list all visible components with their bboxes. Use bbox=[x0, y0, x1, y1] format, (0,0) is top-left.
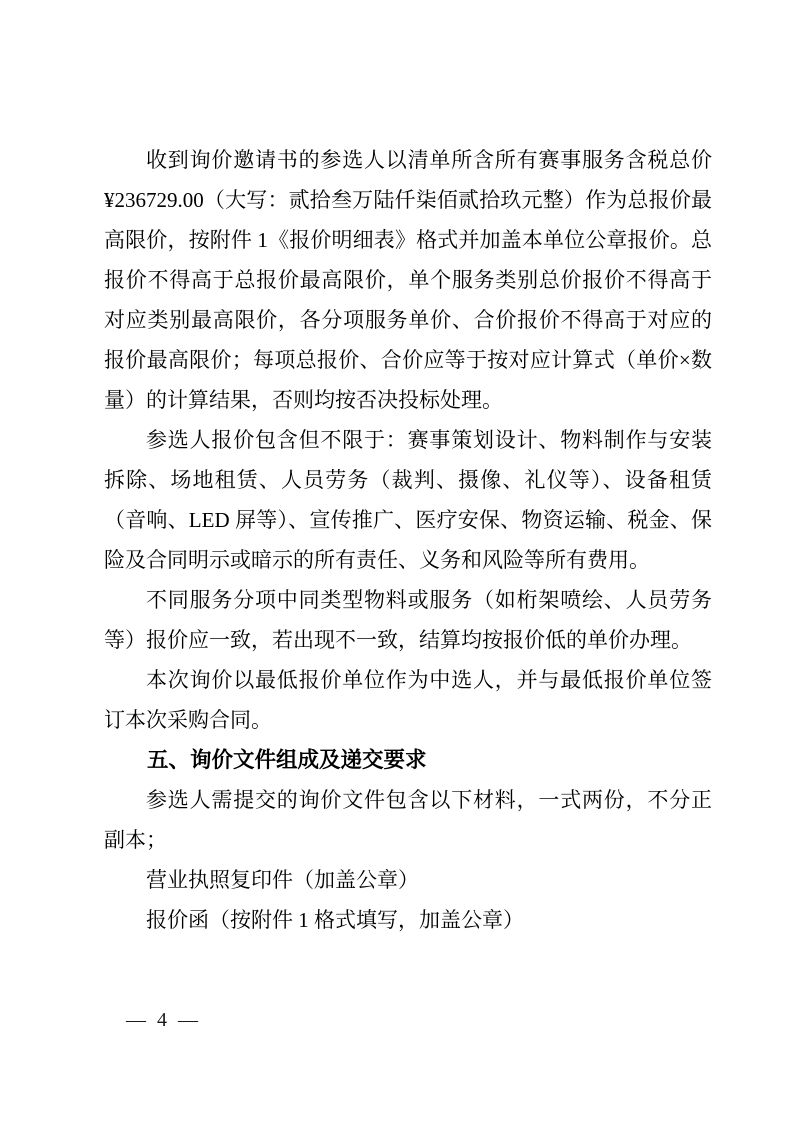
list-item-quotation-letter: 报价函（按附件 1 格式填写，加盖公章） bbox=[104, 900, 712, 940]
paragraph-quote-inclusions: 参选人报价包含但不限于：赛事策划设计、物料制作与安装拆除、场地租赁、人员劳务（裁… bbox=[104, 420, 712, 580]
document-page: 收到询价邀请书的参选人以清单所含所有赛事服务含税总价¥236729.00（大写：… bbox=[0, 0, 793, 1122]
paragraph-price-limit-rules: 收到询价邀请书的参选人以清单所含所有赛事服务含税总价¥236729.00（大写：… bbox=[104, 140, 712, 420]
list-item-business-license: 营业执照复印件（加盖公章） bbox=[104, 860, 712, 900]
page-number: — 4 — bbox=[126, 1006, 201, 1034]
section-heading-inquiry-document-requirements: 五、询价文件组成及递交要求 bbox=[104, 740, 712, 780]
paragraph-submission-materials: 参选人需提交的询价文件包含以下材料，一式两份，不分正副本； bbox=[104, 780, 712, 860]
paragraph-winner-selection: 本次询价以最低报价单位作为中选人，并与最低报价单位签订本次采购合同。 bbox=[104, 660, 712, 740]
paragraph-price-consistency-rule: 不同服务分项中同类型物料或服务（如桁架喷绘、人员劳务等）报价应一致，若出现不一致… bbox=[104, 580, 712, 660]
document-body: 收到询价邀请书的参选人以清单所含所有赛事服务含税总价¥236729.00（大写：… bbox=[104, 140, 712, 940]
